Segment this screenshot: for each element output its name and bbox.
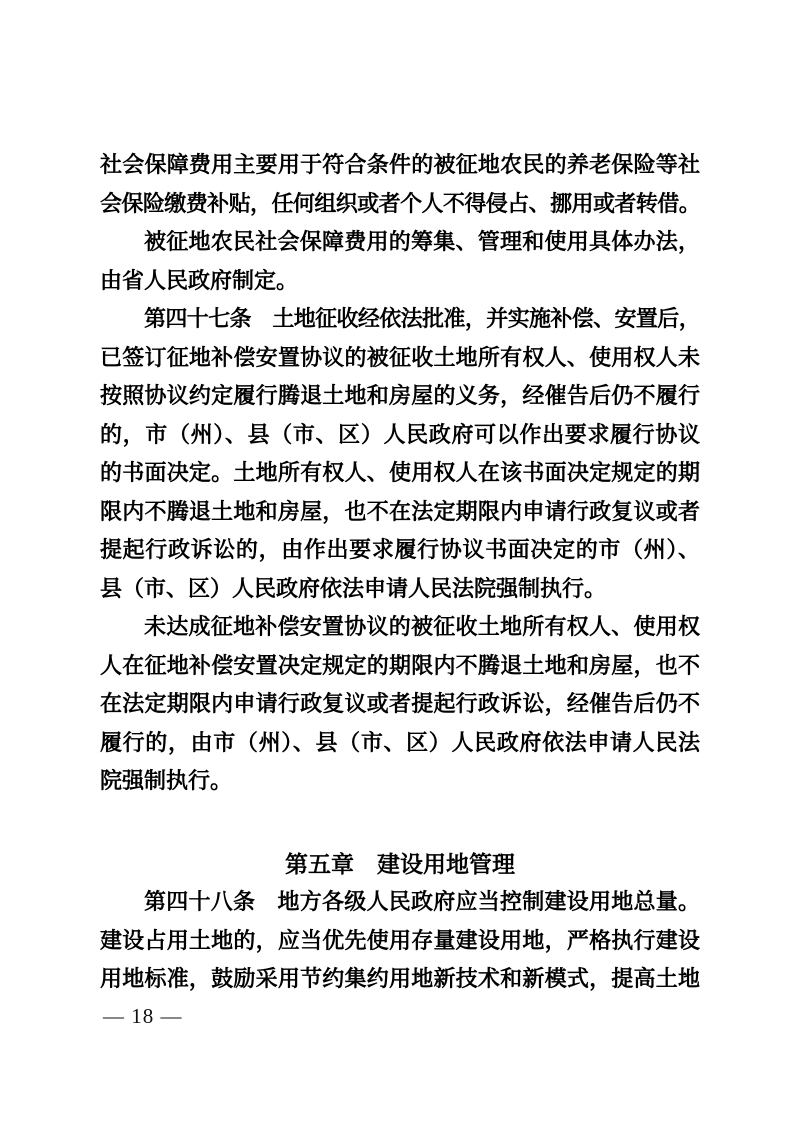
text-line: 院强制执行。 <box>100 762 700 801</box>
text-line: 限内不腾退土地和房屋，也不在法定期限内申请行政复议或者 <box>100 493 700 532</box>
text-line: 被征地农民社会保障费用的筹集、管理和使用具体办法， <box>100 223 700 262</box>
text-line: 建设占用土地的，应当优先使用存量建设用地，严格执行建设 <box>100 922 700 961</box>
text-line: 已签订征地补偿安置协议的被征收土地所有权人、使用权人未 <box>100 339 700 378</box>
paragraph-article-48: 第四十八条 地方各级人民政府应当控制建设用地总量。 建设占用土地的，应当优先使用… <box>100 883 700 999</box>
text-line: 第四十八条 地方各级人民政府应当控制建设用地总量。 <box>100 883 700 922</box>
chapter-heading: 第五章 建设用地管理 <box>100 845 700 884</box>
document-body: 社会保障费用主要用于符合条件的被征地农民的养老保险等社 会保险缴费补贴，任何组织… <box>100 146 700 999</box>
text-line: 的书面决定。土地所有权人、使用权人在该书面决定规定的期 <box>100 454 700 493</box>
text-line: 用地标准，鼓励采用节约集约用地新技术和新模式，提高土地 <box>100 960 700 999</box>
text-line: 由省人民政府制定。 <box>100 262 700 301</box>
paragraph-funding-measures: 被征地农民社会保障费用的筹集、管理和使用具体办法， 由省人民政府制定。 <box>100 223 700 300</box>
text-line: 提起行政诉讼的，由作出要求履行协议书面决定的市（州）、 <box>100 531 700 570</box>
paragraph-article-47: 第四十七条 土地征收经依法批准，并实施补偿、安置后， 已签订征地补偿安置协议的被… <box>100 300 700 608</box>
text-line: 第四十七条 土地征收经依法批准，并实施补偿、安置后， <box>100 300 700 339</box>
text-line: 履行的，由市（州）、县（市、区）人民政府依法申请人民法 <box>100 724 700 763</box>
text-line: 县（市、区）人民政府依法申请人民法院强制执行。 <box>100 570 700 609</box>
text-line: 的，市（州）、县（市、区）人民政府可以作出要求履行协议 <box>100 416 700 455</box>
text-line: 按照协议约定履行腾退土地和房屋的义务，经催告后仍不履行 <box>100 377 700 416</box>
text-line: 在法定期限内申请行政复议或者提起行政诉讼，经催告后仍不 <box>100 685 700 724</box>
text-line: 未达成征地补偿安置协议的被征收土地所有权人、使用权 <box>100 608 700 647</box>
text-line: 会保险缴费补贴，任何组织或者个人不得侵占、挪用或者转借。 <box>100 185 700 224</box>
text-line: 人在征地补偿安置决定规定的期限内不腾退土地和房屋，也不 <box>100 647 700 686</box>
text-line: 社会保障费用主要用于符合条件的被征地农民的养老保险等社 <box>100 146 700 185</box>
paragraph-article-47-clause-2: 未达成征地补偿安置协议的被征收土地所有权人、使用权 人在征地补偿安置决定规定的期… <box>100 608 700 801</box>
page-number: — 18 — <box>103 1004 183 1029</box>
paragraph-social-security-funds: 社会保障费用主要用于符合条件的被征地农民的养老保险等社 会保险缴费补贴，任何组织… <box>100 146 700 223</box>
